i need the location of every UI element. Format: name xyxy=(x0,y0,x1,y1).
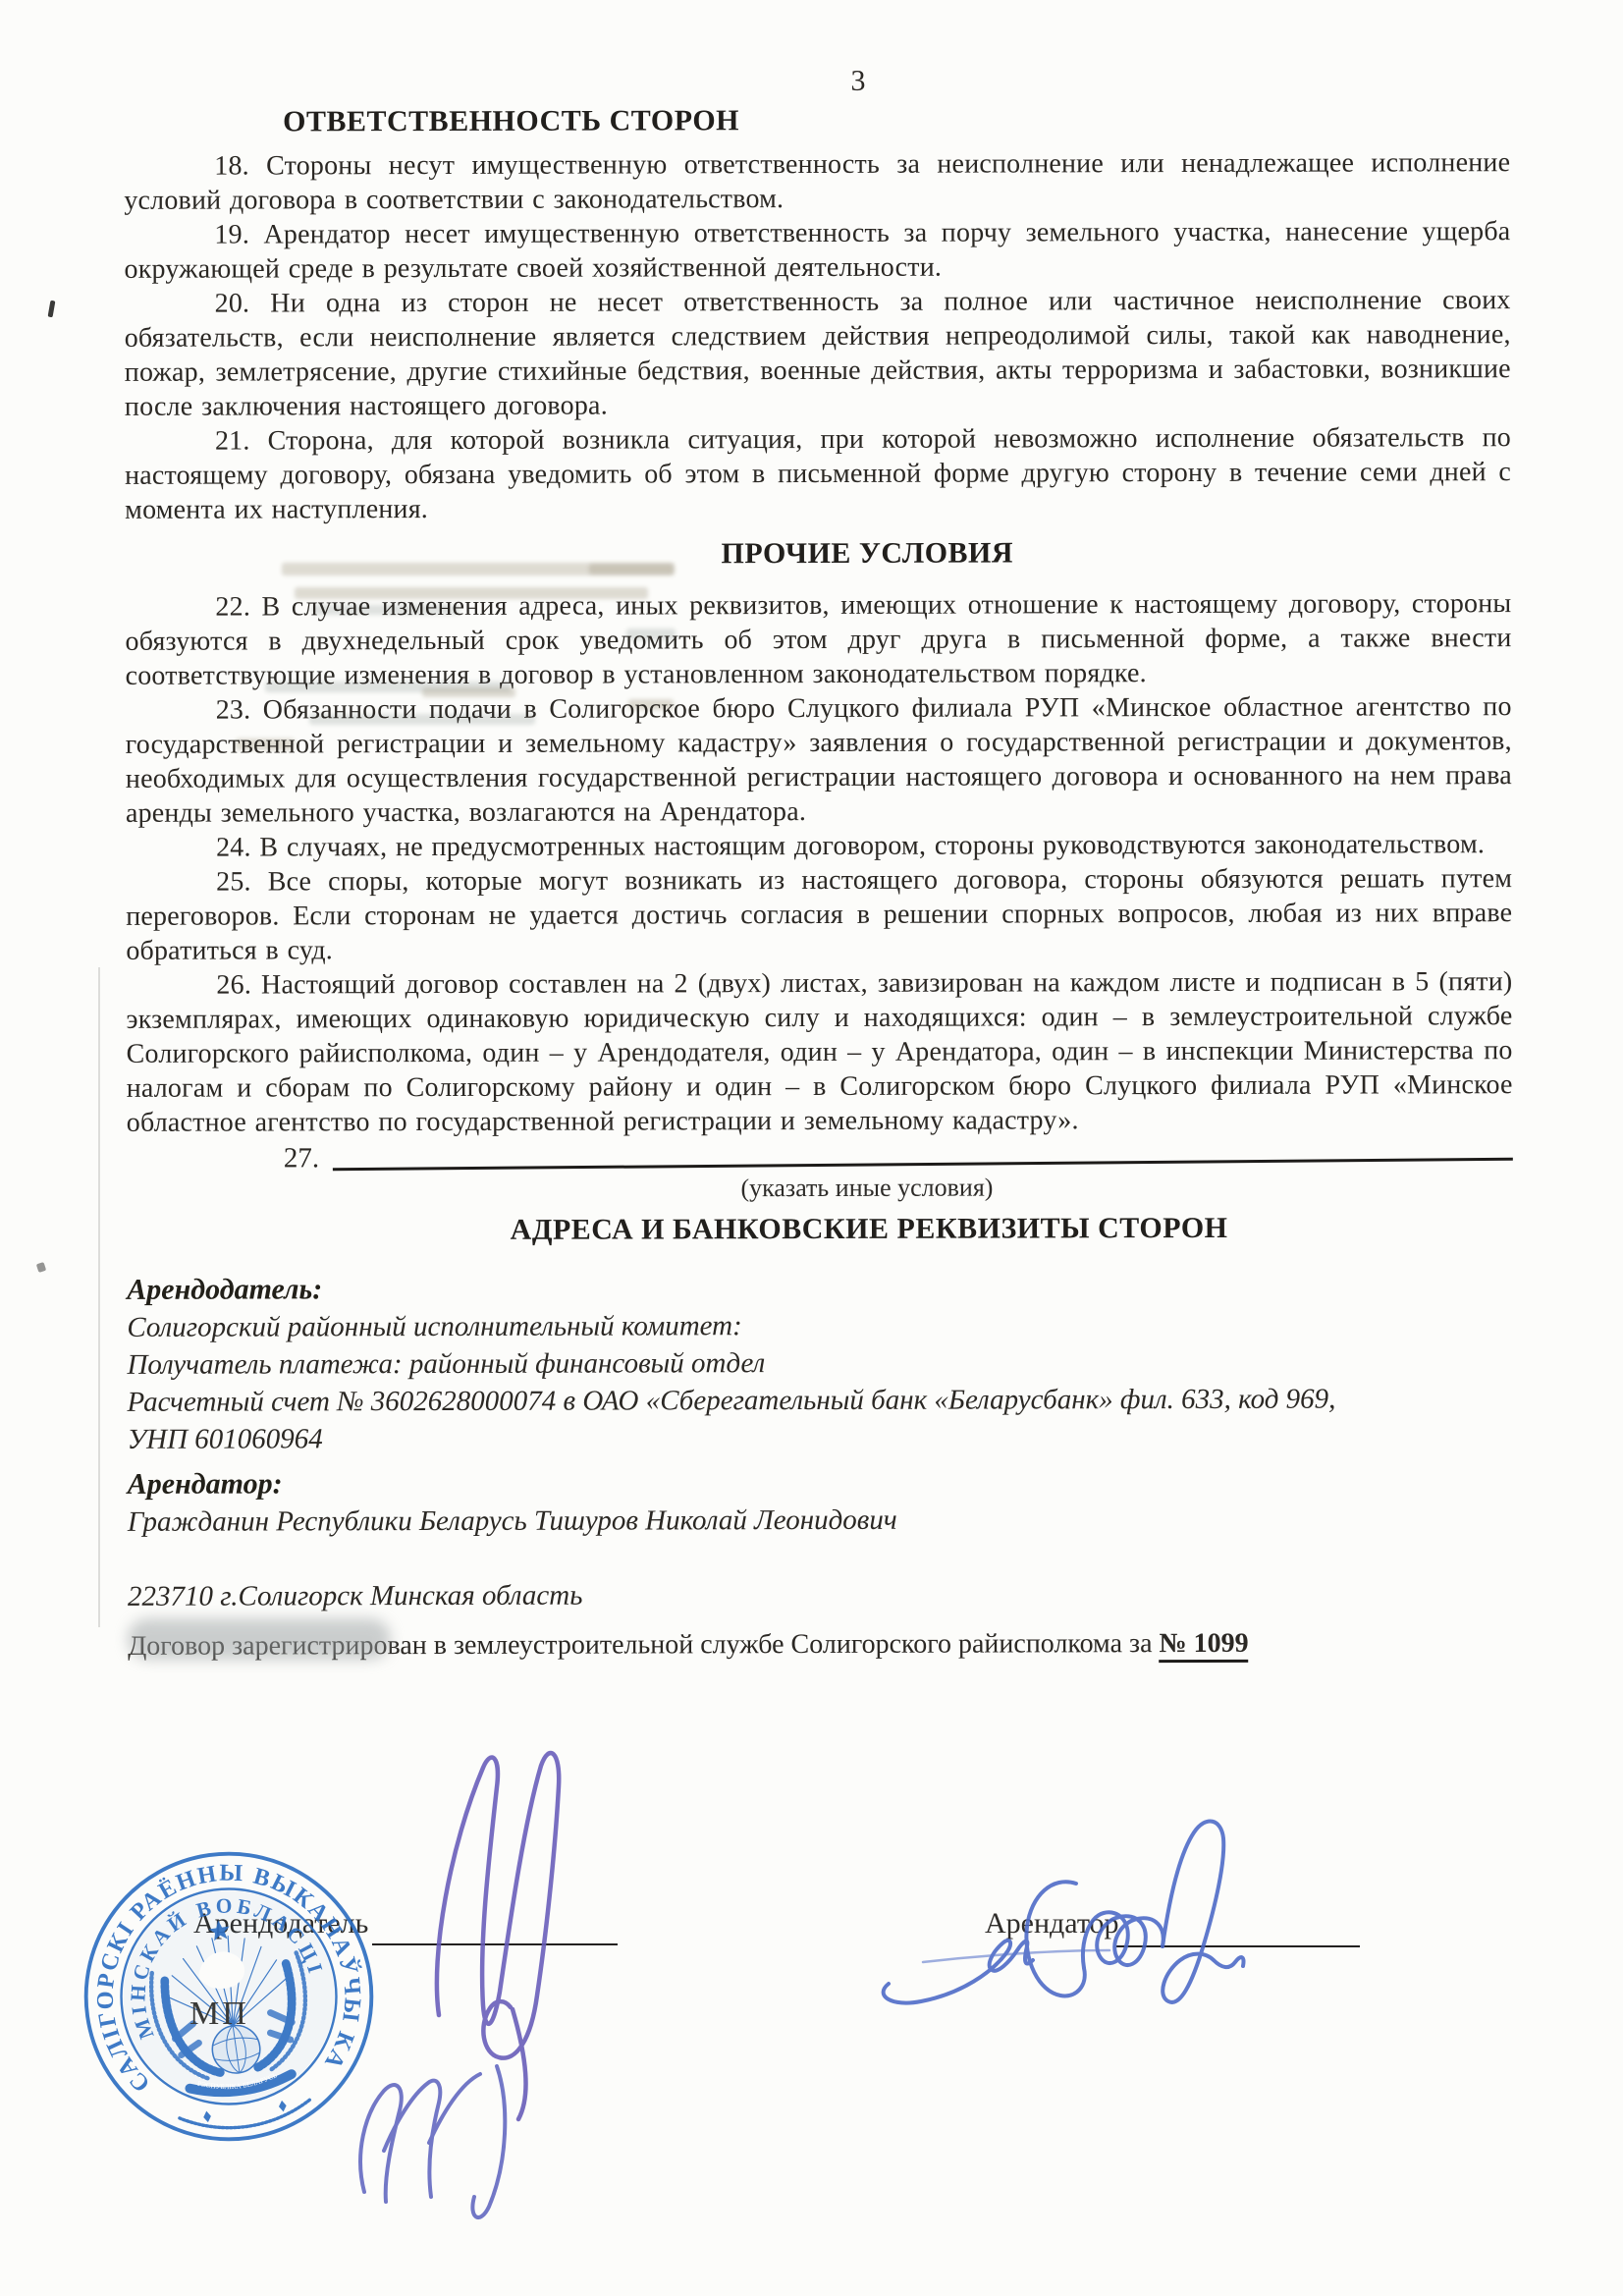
landlord-label: Арендодатель: xyxy=(127,1268,1513,1309)
seal-place-mark: МП xyxy=(189,1995,249,2033)
tenant-redacted-line-space xyxy=(128,1537,1514,1578)
paragraph-25: 25. Все споры, которые могут возникать и… xyxy=(126,861,1512,968)
landlord-account-line: Расчетный счет № 3602628000074 в ОАО «Сб… xyxy=(127,1380,1513,1421)
paragraph-24: 24. В случаях, не предусмотренных настоя… xyxy=(126,827,1512,865)
paragraph-20: 20. Ни одна из сторон не несет ответстве… xyxy=(125,283,1511,424)
section-title-other-conditions: ПРОЧИЕ УСЛОВИЯ xyxy=(174,535,1560,573)
item-27-caption: (указать иные условия) xyxy=(174,1172,1560,1205)
item-27-number: 27. xyxy=(284,1142,333,1175)
paragraph-26: 26. Настоящий договор составлен на 2 (дв… xyxy=(126,964,1512,1140)
stamp-microtext-arc xyxy=(180,2100,312,2135)
tenant-address-line: 223710 г.Солигорск Минская область xyxy=(128,1574,1514,1615)
item-27-blank-line xyxy=(333,1158,1513,1171)
tenant-name-line: Гражданин Республики Беларусь Тишуров Ни… xyxy=(128,1500,1514,1541)
tenant-signature-line xyxy=(1116,1945,1360,1947)
paragraph-22: 22. В случае изменения адреса, иных рекв… xyxy=(125,586,1511,693)
landlord-unp-line: УНП 601060964 xyxy=(128,1417,1514,1458)
signature-landlord-paraph xyxy=(360,2066,505,2217)
page-number: 3 xyxy=(165,63,1551,100)
landlord-name-line: Солигорский районный исполнительный коми… xyxy=(127,1305,1513,1346)
tenant-signature-label: Арендатор xyxy=(985,1907,1119,1941)
stamp-separator-star xyxy=(278,2100,287,2112)
paragraph-18: 18. Стороны несут имущественную ответств… xyxy=(124,145,1510,218)
paragraph-23: 23. Обязанности подачи в Солигорское бюр… xyxy=(126,689,1512,831)
landlord-signature-line xyxy=(372,1943,618,1945)
item-27-row: 27. xyxy=(284,1136,1513,1175)
paragraph-19: 19. Арендатор несет имущественную ответс… xyxy=(124,214,1510,287)
section-title-addresses: АДРЕСА И БАНКОВСКИЕ РЕКВИЗИТЫ СТОРОН xyxy=(176,1211,1562,1248)
signature-landlord xyxy=(437,1753,559,2119)
section-title-responsibility: ОТВЕТСТВЕННОСТЬ СТОРОН xyxy=(283,102,1510,138)
scanned-contract-page: 3 ОТВЕТСТВЕННОСТЬ СТОРОН 18. Стороны нес… xyxy=(0,0,1623,2296)
registration-number: № 1099 xyxy=(1159,1628,1248,1663)
redaction-smudge xyxy=(128,1618,391,1660)
tenant-label: Арендатор: xyxy=(128,1462,1514,1503)
landlord-payee-line: Получатель платежа: районный финансовый … xyxy=(127,1342,1513,1384)
stamp-separator-star xyxy=(202,2110,211,2123)
paragraph-21: 21. Сторона, для которой возникла ситуац… xyxy=(125,420,1511,527)
document-body: 3 ОТВЕТСТВЕННОСТЬ СТОРОН 18. Стороны нес… xyxy=(0,0,1623,1665)
